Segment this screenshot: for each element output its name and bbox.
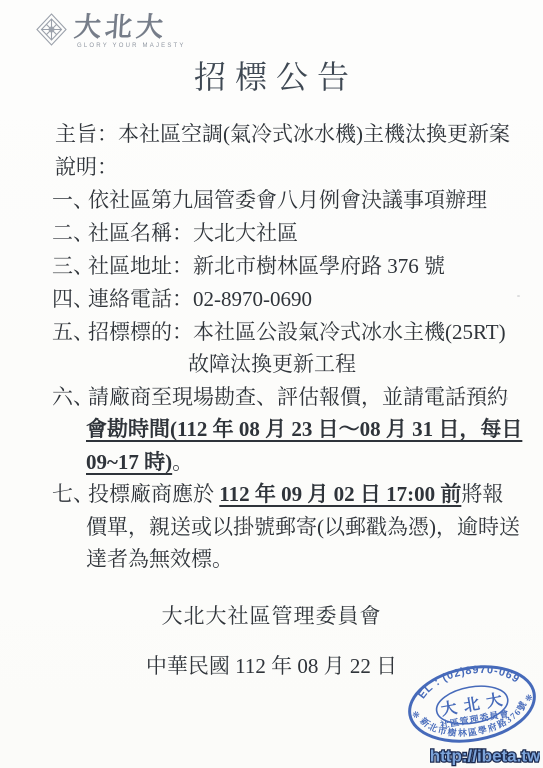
logo-text: 大北大 GLORY YOUR MAJESTY: [74, 13, 186, 49]
list-item-4: 四、連絡電話：02-8970-0690: [52, 283, 312, 316]
logo-brand-text: 大北大: [73, 13, 187, 41]
item-6-line-3-tail: 。: [172, 450, 193, 474]
stamp-ornament-left-icon: ❋: [411, 709, 421, 720]
list-item-7-line-3: 達者為無效標。: [86, 543, 233, 576]
item-6-text: 請廠商至現場勘查、評估報價，並請電話預約: [88, 385, 508, 409]
item-3-text: 社區地址：新北市樹林區學府路 376 號: [88, 254, 445, 278]
item-7-number: 七、: [52, 478, 88, 511]
survey-hours-text: 09~17 時): [86, 450, 172, 474]
deadline-text: 112 年 09 月 02 日 17:00 前: [219, 482, 461, 506]
item-4-number: 四、: [52, 283, 88, 316]
diamond-lattice-icon: [36, 13, 67, 46]
watermark: http://ibeta.tw: [430, 743, 540, 768]
item-7-pre-text: 投標廠商應於: [88, 482, 219, 506]
item-2-text: 社區名稱：大北大社區: [88, 221, 298, 245]
item-3-number: 三、: [52, 250, 88, 283]
list-item-5-line-1: 五、招標標的：本社區公設氣冷式冰水主機(25RT): [52, 316, 506, 349]
list-item-1: 一、依社區第九屆管委會八月例會決議事項辦理: [52, 184, 487, 217]
committee-signature: 大北大社區管理委員會: [0, 600, 543, 633]
watermark-url-text: http://ibeta.tw: [430, 747, 540, 766]
item-2-number: 二、: [52, 217, 88, 250]
stamp-ornament-right-icon: ❋: [524, 692, 534, 703]
list-item-2: 二、社區名稱：大北大社區: [52, 217, 298, 250]
list-item-6-line-3: 09~17 時)。: [86, 446, 193, 479]
subject-text: 本社區空調(氣冷式冰水機)主機汰換更新案: [118, 122, 510, 146]
list-item-3: 三、社區地址：新北市樹林區學府路 376 號: [52, 250, 445, 283]
item-5-text: 招標標的：本社區公設氣冷式冰水主機(25RT): [88, 320, 506, 344]
scan-speck: [505, 397, 508, 400]
scan-speck: [512, 421, 514, 423]
list-item-7-line-1: 七、投標廠商應於 112 年 09 月 02 日 17:00 前將報: [52, 478, 503, 511]
community-logo: 大北大 GLORY YOUR MAJESTY: [36, 13, 186, 49]
item-4-text: 連絡電話：02-8970-0690: [88, 287, 312, 311]
subject-label: 主旨：: [55, 122, 118, 146]
list-item-5-line-2: 故障汰換更新工程: [188, 348, 356, 381]
list-item-7-line-2: 價單，親送或以掛號郵寄(以郵戳為憑)，逾時送: [86, 511, 520, 544]
item-1-text: 依社區第九屆管委會八月例會決議事項辦理: [88, 188, 487, 212]
survey-period-text: 會勘時間(112 年 08 月 23 日～08 月 31 日，每日: [86, 417, 522, 441]
list-item-6-line-2: 會勘時間(112 年 08 月 23 日～08 月 31 日，每日: [86, 413, 522, 446]
item-6-number: 六、: [52, 381, 88, 414]
scan-speck: [517, 295, 520, 297]
scan-speck: [496, 430, 498, 432]
logo-tagline-text: GLORY YOUR MAJESTY: [74, 43, 186, 49]
item-1-number: 一、: [52, 184, 88, 217]
item-5-number: 五、: [52, 316, 88, 349]
explanation-label: 說明：: [55, 151, 118, 184]
tender-notice-document: 大北大 GLORY YOUR MAJESTY 招標公告 主旨：本社區空調(氣冷式…: [0, 0, 543, 768]
subject-line: 主旨：本社區空調(氣冷式冰水機)主機汰換更新案: [55, 118, 510, 151]
document-title: 招標公告: [0, 52, 543, 98]
item-7-tail-text: 將報: [461, 482, 503, 506]
list-item-6-line-1: 六、請廠商至現場勘查、評估報價，並請電話預約: [52, 381, 508, 414]
